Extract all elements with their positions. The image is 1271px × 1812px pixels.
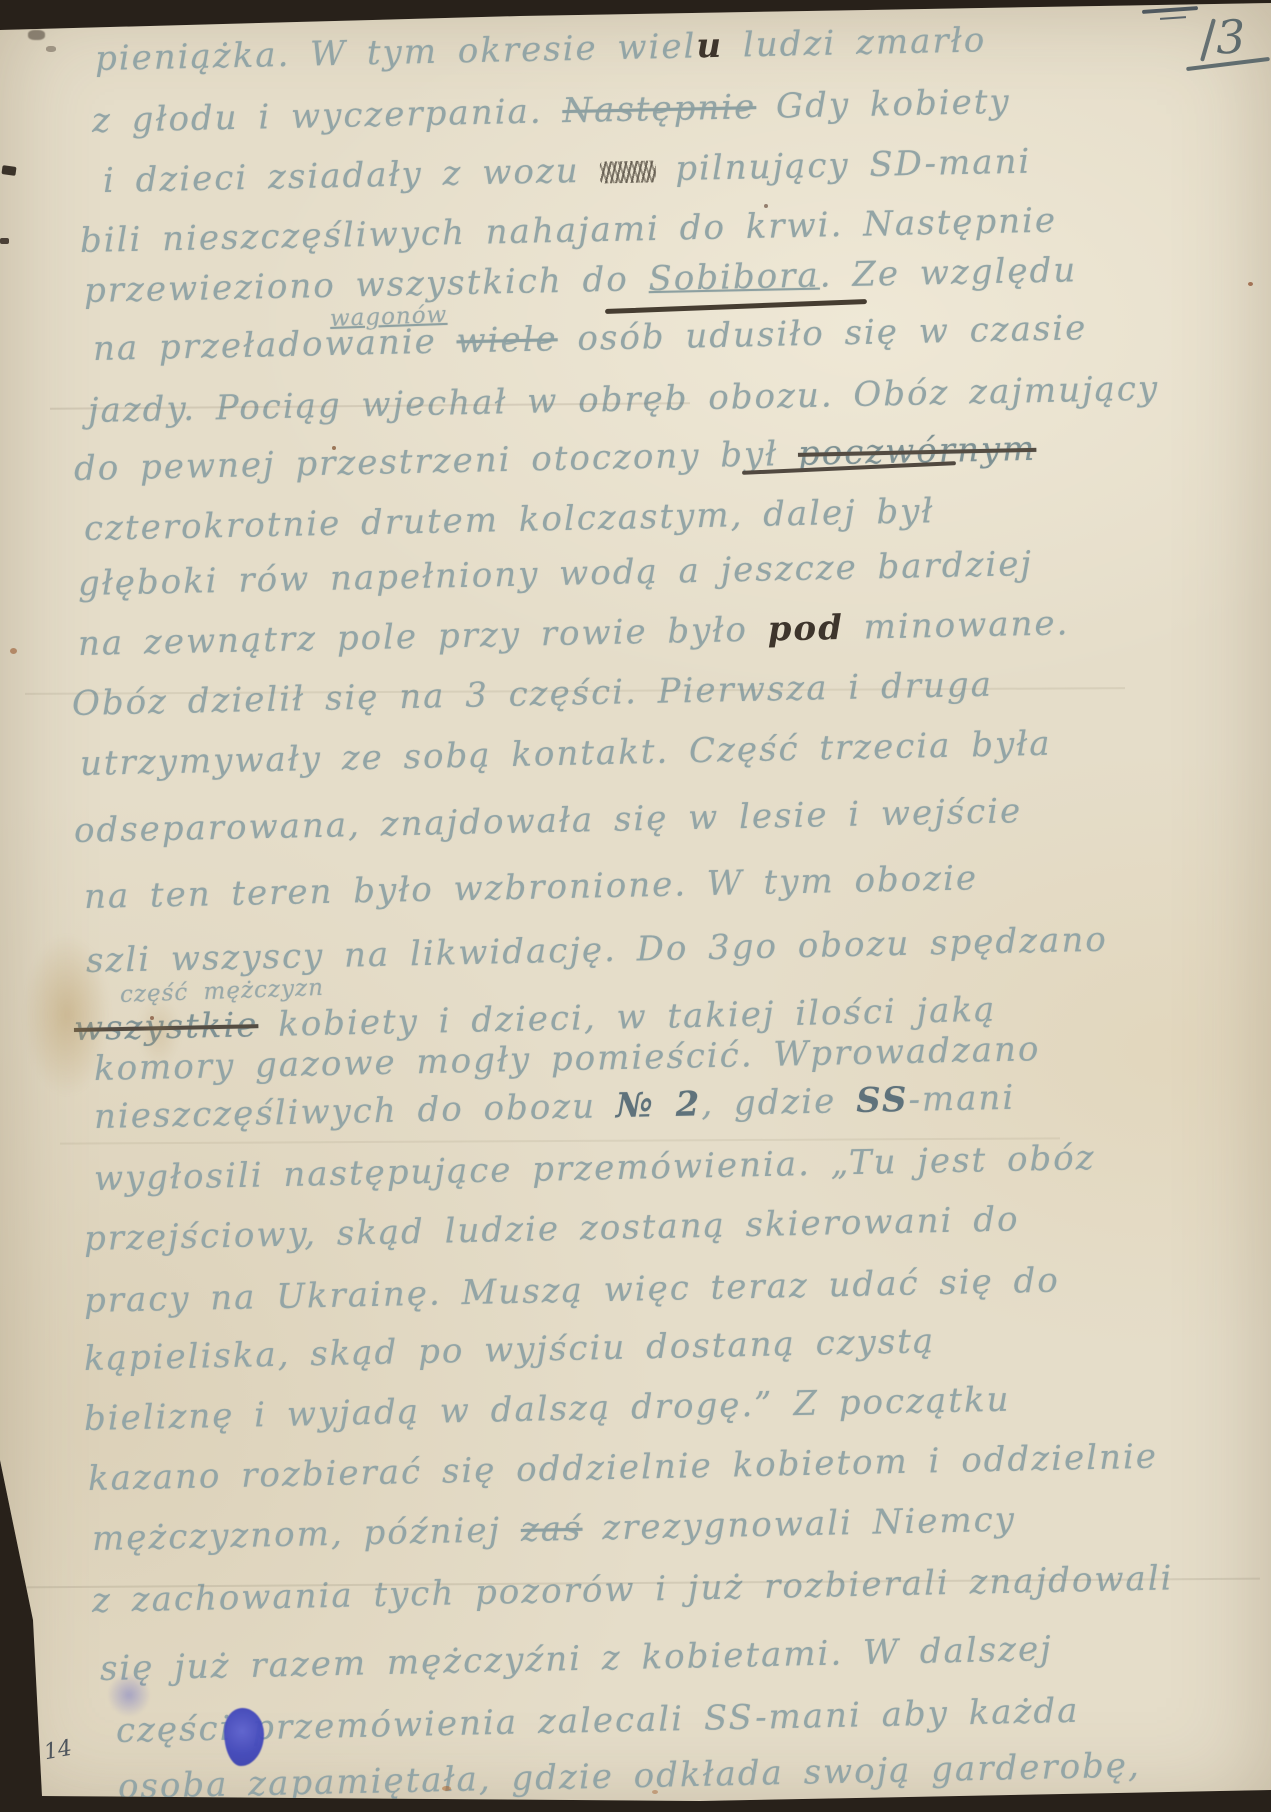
handwriting-segment: się już razem mężczyźni z kobietami. W d… [100, 1629, 1053, 1689]
manuscript-line: wygłosili następujące przemówienia. „Tu … [94, 1139, 1096, 1199]
handwriting-segment: kąpieliska, skąd po wyjściu dostaną czys… [84, 1321, 936, 1379]
speck [150, 1016, 154, 1020]
handwriting-segment: SS [856, 1080, 909, 1121]
handwriting-segment: pieniążka. W tym okresie wiel [95, 26, 697, 79]
manuscript-line: czterokrotnie drutem kolczastym, dalej b… [84, 492, 935, 549]
handwriting-segment: . Ze względu [819, 250, 1077, 295]
handwriting-segment: mężczyznom, później [92, 1510, 522, 1559]
manuscript-line: szli wszyscy na likwidację. Do 3go obozu… [86, 921, 1109, 981]
manuscript-line: kąpieliska, skąd po wyjściu dostaną czys… [84, 1322, 936, 1379]
handwriting-segment: wygłosili następujące przemówienia. „Tu … [94, 1138, 1096, 1199]
manuscript-line: głęboki rów napełniony wodą a jeszcze ba… [78, 545, 1034, 604]
handwriting-segment: minowane. [843, 603, 1069, 648]
handwriting-segment: i dzieci zsiadały z wozu [103, 151, 600, 201]
handwriting-segment: zaś [520, 1509, 582, 1550]
manuscript-line: mężczyznom, później zaś zrezygnowali Nie… [92, 1501, 1017, 1559]
handwriting-segment: pod [767, 608, 844, 650]
speck [1248, 282, 1253, 286]
handwriting-segment: głęboki rów napełniony wodą a jeszcze ba… [78, 544, 1034, 604]
blue-ink-smudge [108, 1672, 150, 1718]
handwriting-segment: -mani [908, 1078, 1016, 1120]
page-number-slash-stroke [1200, 18, 1216, 61]
top-edge-dash-mark [1142, 6, 1198, 14]
manuscript-line: bili nieszczęśliwych nahajami do krwi. N… [80, 202, 1058, 262]
handwriting-segment: bili nieszczęśliwych nahajami do krwi. N… [80, 201, 1058, 261]
manuscript-line: kazano rozbierać się oddzielnie kobietom… [88, 1438, 1159, 1499]
speck [764, 204, 768, 208]
page-number: 3 [1215, 10, 1246, 65]
manuscript-line: z zachowania tych pozorów i już rozbiera… [92, 1559, 1174, 1621]
corner-smudge [28, 30, 45, 40]
paper-stain [138, 996, 180, 1068]
margin-mark [0, 238, 9, 244]
scribbled-out-word [599, 160, 655, 183]
handwriting-segment: na przeładowanie [93, 321, 457, 369]
handwriting-segment: Następnie [562, 87, 757, 131]
manuscript-line: przejściowy, skąd ludzie zostaną skierow… [84, 1200, 1020, 1259]
manuscript-line: na zewnątrz pole przy rowie było pod min… [78, 604, 1070, 664]
handwriting-segment: pilnujący SD-mani [655, 142, 1032, 190]
manuscript-line: osoba zapamiętała, gdzie odkłada swoją g… [118, 1747, 1142, 1808]
handwriting-segment: z zachowania tych pozorów i już rozbiera… [92, 1558, 1174, 1621]
margin-mark [1, 165, 16, 176]
manuscript-line: się już razem mężczyźni z kobietami. W d… [100, 1630, 1053, 1689]
speck [442, 1786, 451, 1791]
manuscript-line: przewieziono wszystkich do Sobibora. Ze … [84, 251, 1078, 311]
handwriting-segment: kazano rozbierać się oddzielnie kobietom… [88, 1437, 1159, 1499]
handwriting-segment: nieszczęśliwych do obozu [94, 1086, 617, 1137]
speck [10, 648, 17, 654]
handwriting-segment: bieliznę i wyjadą w dalszą drogę.” Z poc… [84, 1380, 1011, 1439]
handwriting-segment: Sobibora [648, 256, 820, 300]
manuscript-line: nieszczęśliwych do obozu № 2, gdzie SS-m… [94, 1079, 1016, 1137]
handwriting-segment: przewieziono wszystkich do [84, 259, 649, 311]
handwriting-segment: na zewnątrz pole przy rowie było [78, 610, 768, 664]
manuscript-line: odseparowana, znajdowała się w lesie i w… [74, 792, 1023, 851]
margin-number: 14 [42, 1736, 74, 1765]
scanned-manuscript-page: pieniążka. W tym okresie wielu ludzi zma… [0, 0, 1271, 1812]
handwriting-segment: na ten teren było wzbronione. W tym oboz… [84, 858, 979, 917]
handwriting-segment: wiele [456, 319, 558, 361]
manuscript-line: utrzymywały ze sobą kontakt. Część trzec… [80, 725, 1052, 784]
manuscript-line: Obóz dzielił się na 3 części. Pierwsza i… [72, 666, 994, 724]
manuscript-line: pracy na Ukrainę. Muszą więc teraz udać … [84, 1262, 1061, 1322]
manuscript-line: na przeładowanie wiele osób udusiło się … [93, 309, 1088, 369]
manuscript-line: jazdy. Pociąg wjechał w obręb obozu. Obó… [88, 370, 1160, 432]
handwriting-segment: utrzymywały ze sobą kontakt. Część trzec… [80, 724, 1052, 784]
sobibora-underline-mark [605, 299, 867, 314]
speck [332, 446, 336, 450]
handwriting-segment: pracy na Ukrainę. Muszą więc teraz udać … [84, 1261, 1061, 1321]
handwriting-segment: osoba zapamiętała, gdzie odkłada swoją g… [118, 1746, 1142, 1807]
handwriting-segment: szli wszyscy na likwidację. Do 3go obozu… [86, 920, 1109, 981]
manuscript-line: na ten teren było wzbronione. W tym oboz… [84, 859, 979, 917]
manuscript-line: z głodu i wyczerpania. Następnie Gdy kob… [92, 83, 1011, 141]
blue-ink-blot [224, 1708, 264, 1766]
manuscript-line: do pewnej przestrzeni otoczony był poczw… [74, 430, 1037, 489]
handwriting-segment: odseparowana, znajdowała się w lesie i w… [74, 791, 1023, 851]
handwriting-segment: zrezygnowali Niemcy [582, 1500, 1016, 1549]
handwriting-segment: czterokrotnie drutem kolczastym, dalej b… [84, 491, 935, 549]
manuscript-line: i dzieci zsiadały z wozu pilnujący SD-ma… [103, 143, 1032, 202]
handwriting-segment: jazdy. Pociąg wjechał w obręb obozu. Obó… [88, 369, 1160, 431]
handwriting-segment: ludzi zmarło [723, 20, 987, 66]
corner-smudge [46, 46, 56, 52]
handwriting-segment: , gdzie [701, 1081, 857, 1124]
manuscript-line: pieniążka. W tym okresie wielu ludzi zma… [95, 21, 987, 79]
handwriting-segment: do pewnej przestrzeni otoczony był [74, 434, 799, 489]
handwriting-segment: u [696, 26, 724, 67]
handwriting-segment: z głodu i wyczerpania. [92, 91, 563, 141]
handwriting-segment: osób udusiło się w czasie [557, 308, 1088, 359]
paper-sheet: pieniążka. W tym okresie wielu ludzi zma… [0, 0, 1271, 1812]
speck [652, 1790, 658, 1794]
handwriting-segment: Gdy kobiety [756, 82, 1011, 127]
top-edge-dash-mark [1160, 16, 1186, 20]
paper-stain [24, 934, 110, 1096]
handwriting-segment: przejściowy, skąd ludzie zostaną skierow… [84, 1199, 1020, 1259]
manuscript-line: bieliznę i wyjadą w dalszą drogę.” Z poc… [84, 1381, 1011, 1439]
handwriting-segment: № 2 [615, 1084, 701, 1126]
handwriting-segment: Obóz dzielił się na 3 części. Pierwsza i… [72, 665, 994, 724]
